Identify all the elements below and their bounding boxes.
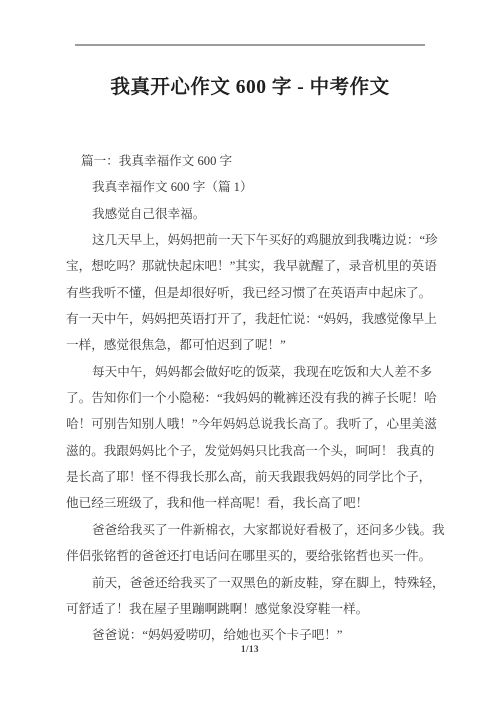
text-line: 宝，想吃吗？那就快起床吧！”其实，我早就醒了，录音机里的英语 [66, 253, 438, 279]
text-line: 前天，爸爸还给我买了一双黑色的新皮鞋，穿在脚上，特殊轻， [66, 570, 438, 596]
document-title: 我真开心作文 600 字 - 中考作文 [0, 74, 500, 102]
text-line: 我真幸福作文 600 字（篇 1） [66, 174, 438, 200]
text-line: 了。告知你们一个小隐秘：“我妈妈的靴裤还没有我的裤子长呢！哈 [66, 385, 438, 411]
text-line: 一样，感觉很焦急，都可怕迟到了呢！” [66, 332, 438, 358]
text-line: 可舒适了！我在屋子里蹦啊跳啊！感觉象没穿鞋一样。 [66, 596, 438, 622]
text-line: 爸爸给我买了一件新棉衣，大家都说好看极了，还问多少钱。我 [66, 517, 438, 543]
page-number: 1/13 [0, 644, 500, 654]
text-line: 有一天中午，妈妈把英语打开了，我赶忙说：“妈妈，我感觉像早上 [66, 306, 438, 332]
title-divider [75, 44, 425, 46]
document-page: 我真开心作文 600 字 - 中考作文 篇一：我真幸福作文 600 字我真幸福作… [0, 0, 500, 707]
text-line: 是长高了耶！怪不得我长那么高，前天我跟我妈妈的同学比个子， [66, 464, 438, 490]
text-line: 每天中午，妈妈都会做好吃的饭菜，我现在吃饭和大人差不多 [66, 359, 438, 385]
text-line: 我感觉自己很幸福。 [66, 201, 438, 227]
text-line: 这几天早上，妈妈把前一天下午买好的鸡腿放到我嘴边说：“珍 [66, 227, 438, 253]
text-line: 哈！可别告知别人哦！”今年妈妈总说我长高了。我听了，心里美滋 [66, 411, 438, 437]
text-line: 他已经三班级了，我和他一样高呢！看，我长高了吧！ [66, 490, 438, 516]
text-line: 有些我听不懂，但是却很好听，我已经习惯了在英语声中起床了。 [66, 280, 438, 306]
document-body: 篇一：我真幸福作文 600 字我真幸福作文 600 字（篇 1）我感觉自己很幸福… [66, 148, 438, 649]
text-line: 伴侣张铭哲的爸爸还打电话问在哪里买的，要给张铭哲也买一件。 [66, 543, 438, 569]
text-line: 滋的。我跟妈妈比个子，发觉妈妈只比我高一个头，呵呵！ 我真的 [66, 438, 438, 464]
text-line: 篇一：我真幸福作文 600 字 [66, 148, 438, 174]
